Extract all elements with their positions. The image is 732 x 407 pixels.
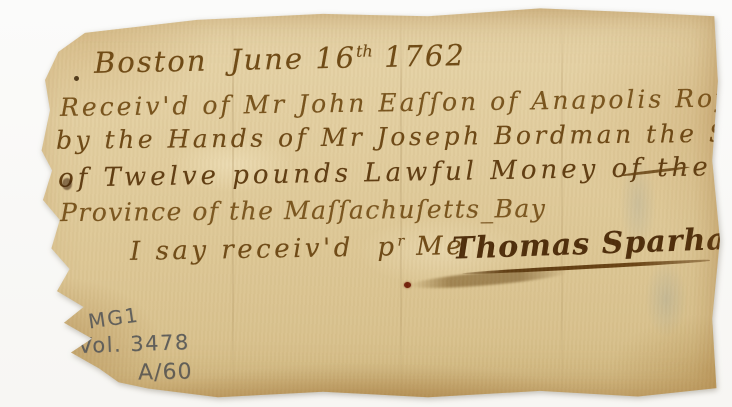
paper-crease <box>400 14 402 394</box>
body-line-3: of Twelve pounds Lawful Money of the <box>58 152 712 193</box>
paper-crease <box>232 14 234 394</box>
ink-spot <box>74 76 79 81</box>
archival-mark-volume: Vol. 3478 <box>78 330 190 358</box>
dateline-place: Boston <box>94 44 208 80</box>
signature-flourish-underline <box>462 259 710 276</box>
archival-mark-collection: MG1 <box>87 303 141 334</box>
paper-sheet: Boston June 16th 1762 Receiv'd of Mr Joh… <box>22 6 722 402</box>
attestation-per-sup: r <box>397 233 404 249</box>
ink-spot <box>404 282 411 288</box>
ink-spot <box>62 178 72 190</box>
dateline-ordinal: th <box>356 41 373 60</box>
ink-smear <box>410 265 569 292</box>
paper-crease <box>561 14 563 394</box>
body-line-4: Province of the Maſſachuſetts_Bay <box>60 194 547 227</box>
paper-sheet-wrap: Boston June 16th 1762 Receiv'd of Mr Joh… <box>22 6 722 402</box>
archival-mark-item: A/60 <box>138 360 193 386</box>
body-line-2: by the Hands of Mr Joseph Bordman the Su… <box>56 118 732 155</box>
dateline-year: 1762 <box>384 38 467 74</box>
attestation-me: Me <box>416 231 466 262</box>
dateline-monthday: June 16 <box>230 40 357 77</box>
dateline: Boston June 16th 1762 <box>94 38 466 80</box>
body-line-1: Receiv'd of Mr John Eaſſon of Anapolis R… <box>60 83 732 122</box>
document-scan: Boston June 16th 1762 Receiv'd of Mr Joh… <box>0 0 732 407</box>
pen-flourish-dash <box>618 166 690 178</box>
attestation-line: I say receiv'd pr Me <box>130 231 466 267</box>
attestation-per: p <box>377 232 398 262</box>
attestation-prefix: I say receiv'd <box>130 233 354 267</box>
signature: Thomas Sparhawk <box>451 220 732 266</box>
